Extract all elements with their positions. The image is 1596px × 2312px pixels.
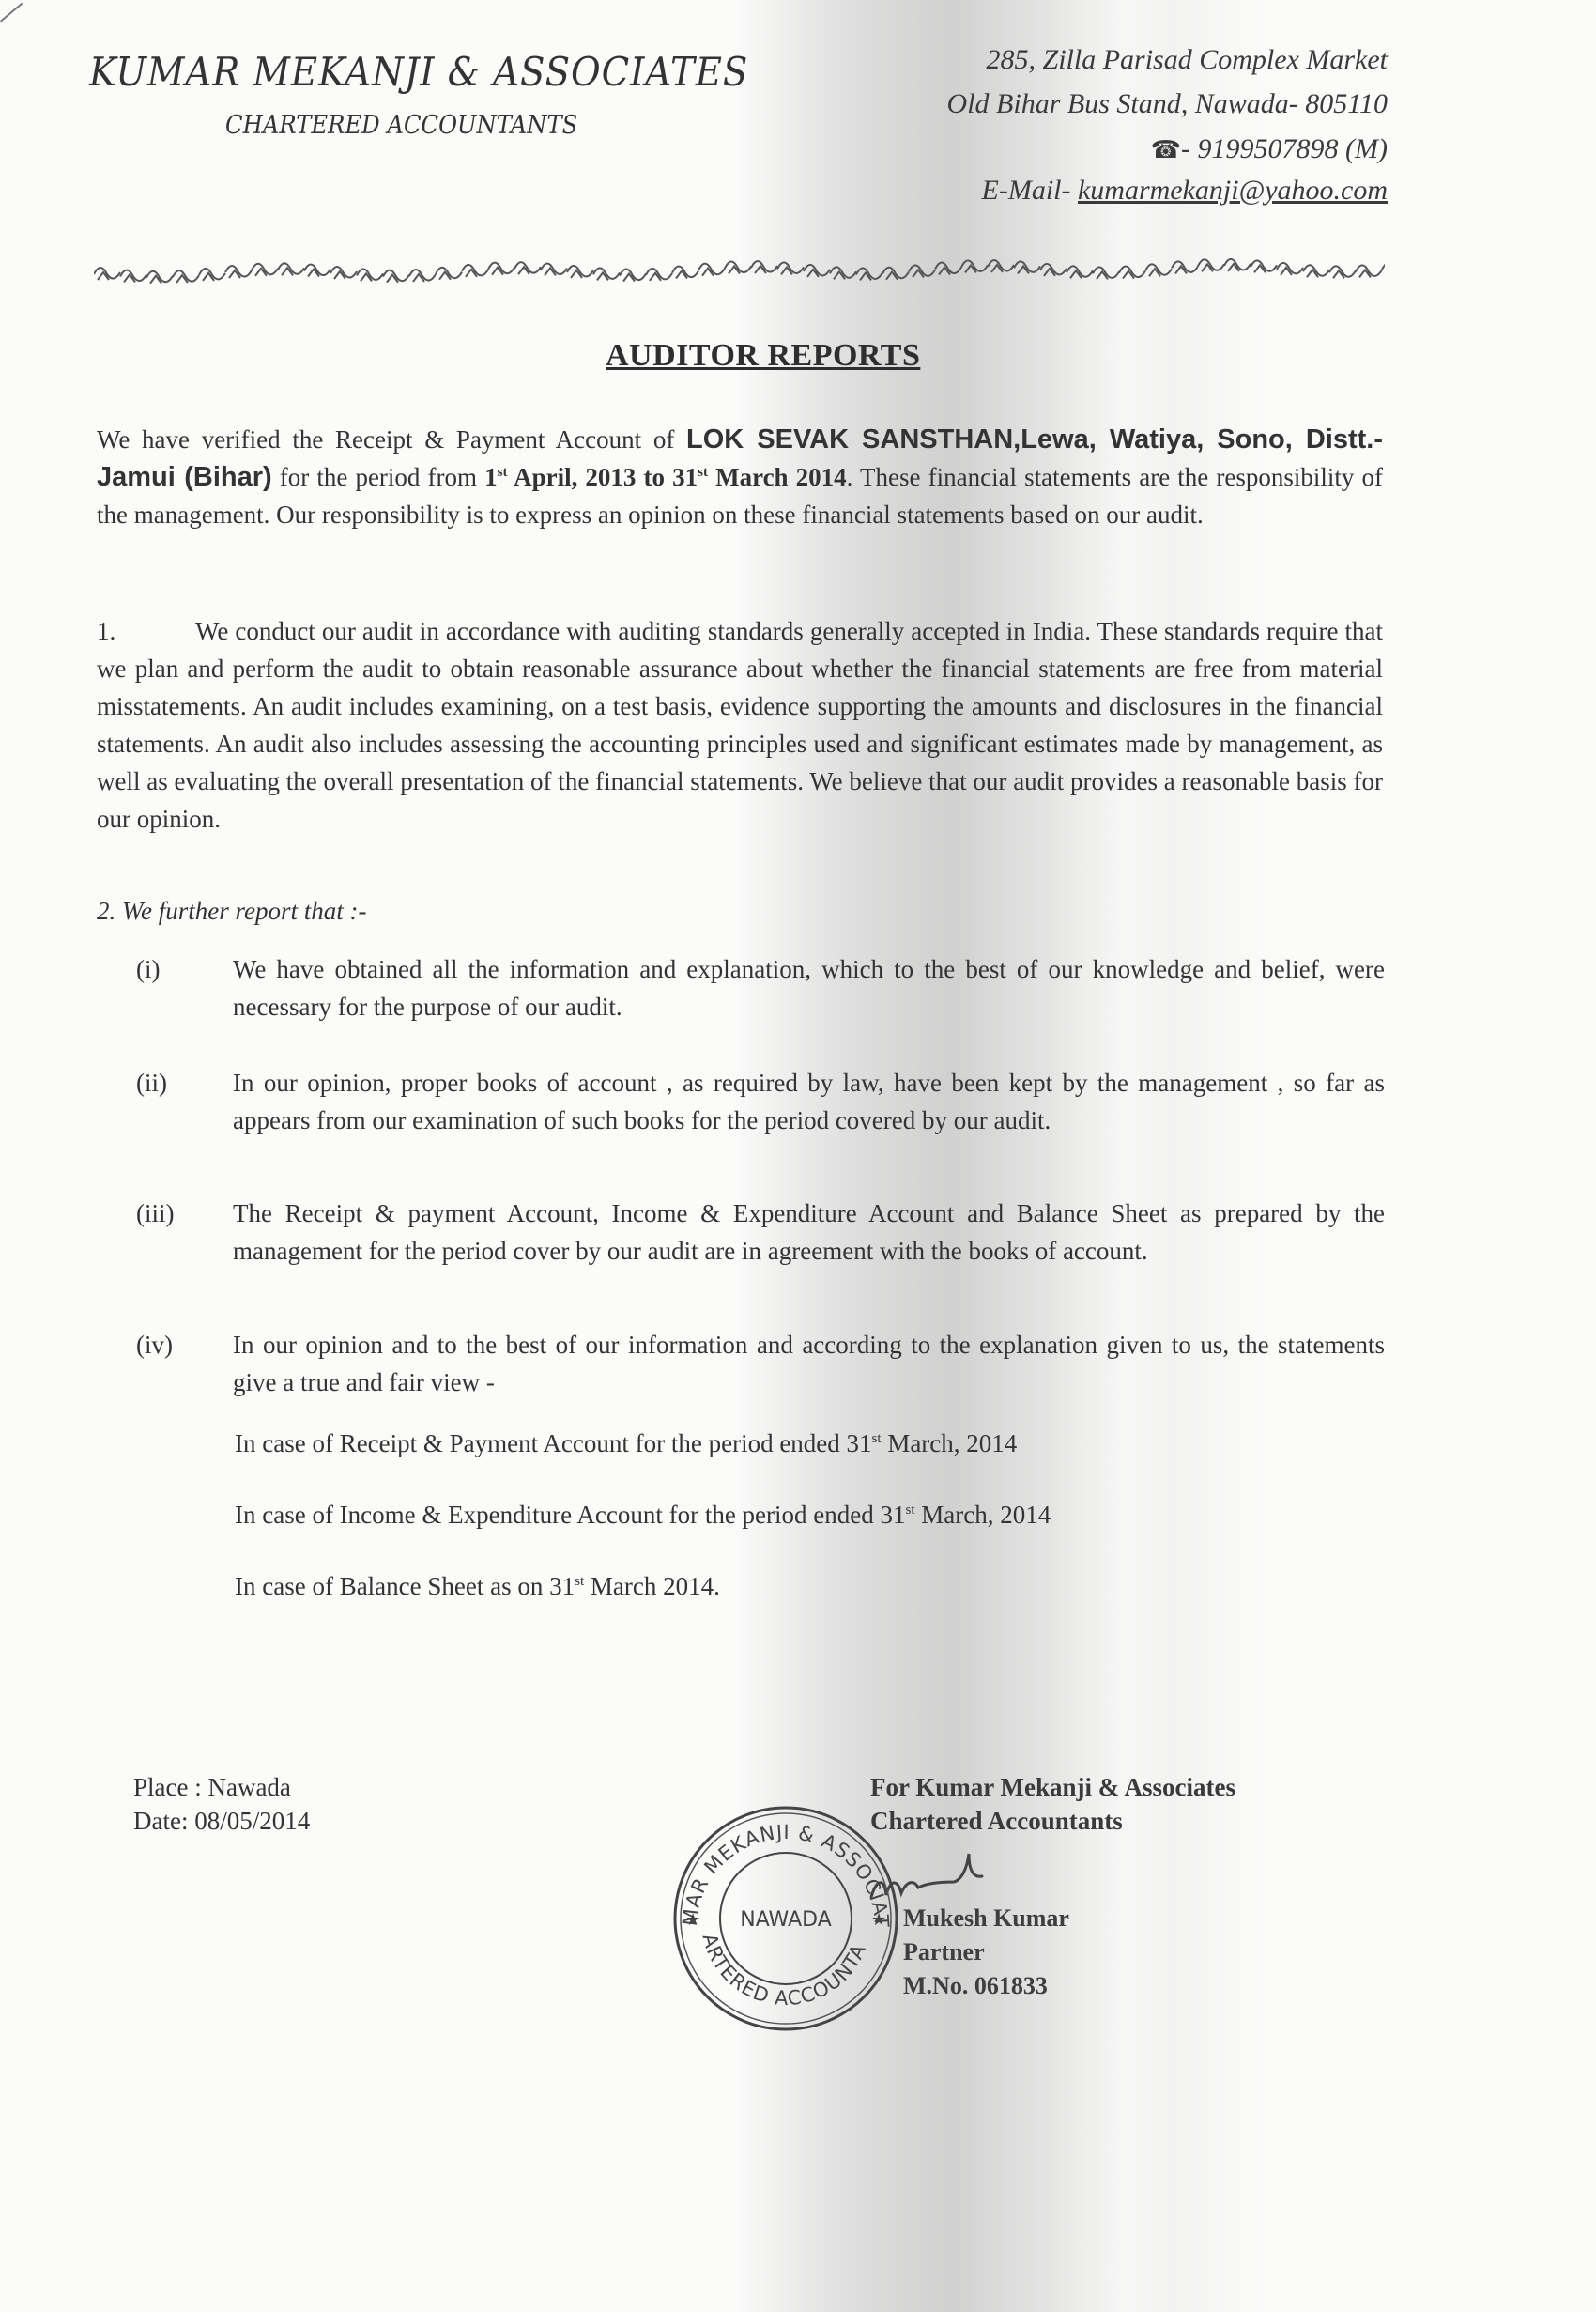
report-item: (i) We have obtained all the information… (136, 950, 1385, 1025)
email-label: E-Mail- (982, 175, 1078, 206)
place-date-block: Place : Nawada Date: 08/05/2014 (133, 1770, 310, 1838)
further-report-heading: 2. We further report that :- (97, 897, 366, 926)
svg-text:NAWADA: NAWADA (740, 1908, 832, 1932)
address-line-2: Old Bihar Bus Stand, Nawada- 805110 (947, 86, 1388, 122)
svg-text:★: ★ (871, 1910, 886, 1930)
firm-role: Chartered Accountants (870, 1804, 1235, 1838)
for-firm-name: For Kumar Mekanji & Associates (870, 1770, 1235, 1804)
seal-stamp-icon: KUMAR MEKANJI & ASSOCIATES CHARTERED ACC… (668, 1801, 903, 2036)
item-numeral: (ii) (136, 1064, 211, 1102)
decorative-border-divider (94, 255, 1385, 293)
email-link[interactable]: kumarmekanji@yahoo.com (1078, 175, 1388, 206)
page-title: AUDITOR REPORTS (606, 338, 920, 374)
firm-name: KUMAR MEKANJI & ASSOCIATES (89, 49, 748, 95)
signatory-block: Mukesh Kumar Partner M.No. 061833 (903, 1902, 1069, 2003)
phone-line: ☎- 9199507898 (M) (1151, 131, 1388, 168)
svg-text:★: ★ (685, 1910, 700, 1930)
item-text: We have obtained all the information and… (233, 950, 1385, 1025)
place: Place : Nawada (133, 1770, 310, 1804)
address-line-1: 285, Zilla Parisad Complex Market (987, 42, 1388, 78)
paragraph-number: 1. (97, 612, 195, 650)
scan-shadow (1080, 0, 1267, 2312)
intro-paragraph: We have verified the Receipt & Payment A… (97, 421, 1383, 533)
report-item: (ii) In our opinion, proper books of acc… (136, 1064, 1385, 1139)
email-line: E-Mail- kumarmekanji@yahoo.com (982, 173, 1388, 208)
firm-subtitle: CHARTERED ACCOUNTANTS (225, 111, 577, 140)
item-numeral: (iii) (136, 1195, 211, 1232)
telephone-icon: ☎ (1151, 132, 1181, 168)
item-text: In our opinion, proper books of account … (233, 1064, 1385, 1139)
report-item: (iv) In our opinion and to the best of o… (136, 1326, 1385, 1401)
item-text: The Receipt & payment Account, Income & … (233, 1195, 1385, 1270)
report-item: (iii) The Receipt & payment Account, Inc… (136, 1195, 1385, 1270)
view-line-balance-sheet: In case of Balance Sheet as on 31st Marc… (235, 1572, 720, 1601)
view-line-receipt-payment: In case of Receipt & Payment Account for… (235, 1429, 1017, 1458)
item-numeral: (i) (136, 950, 211, 988)
item-numeral: (iv) (136, 1326, 211, 1364)
phone-number: - 9199507898 (M) (1181, 133, 1388, 164)
membership-number: M.No. 061833 (903, 1969, 1069, 2003)
signatory-name: Mukesh Kumar (903, 1902, 1069, 1935)
view-line-income-expenditure: In case of Income & Expenditure Account … (235, 1501, 1051, 1530)
audit-period: 1st April, 2013 to 31st March 2014 (484, 463, 847, 491)
item-text: In our opinion and to the best of our in… (233, 1326, 1385, 1401)
scan-edge-mark (0, 3, 23, 23)
paragraph-1: 1.We conduct our audit in accordance wit… (97, 612, 1383, 838)
for-firm-block: For Kumar Mekanji & Associates Chartered… (870, 1770, 1235, 1838)
signatory-title: Partner (903, 1935, 1069, 1969)
date: Date: 08/05/2014 (133, 1804, 310, 1838)
